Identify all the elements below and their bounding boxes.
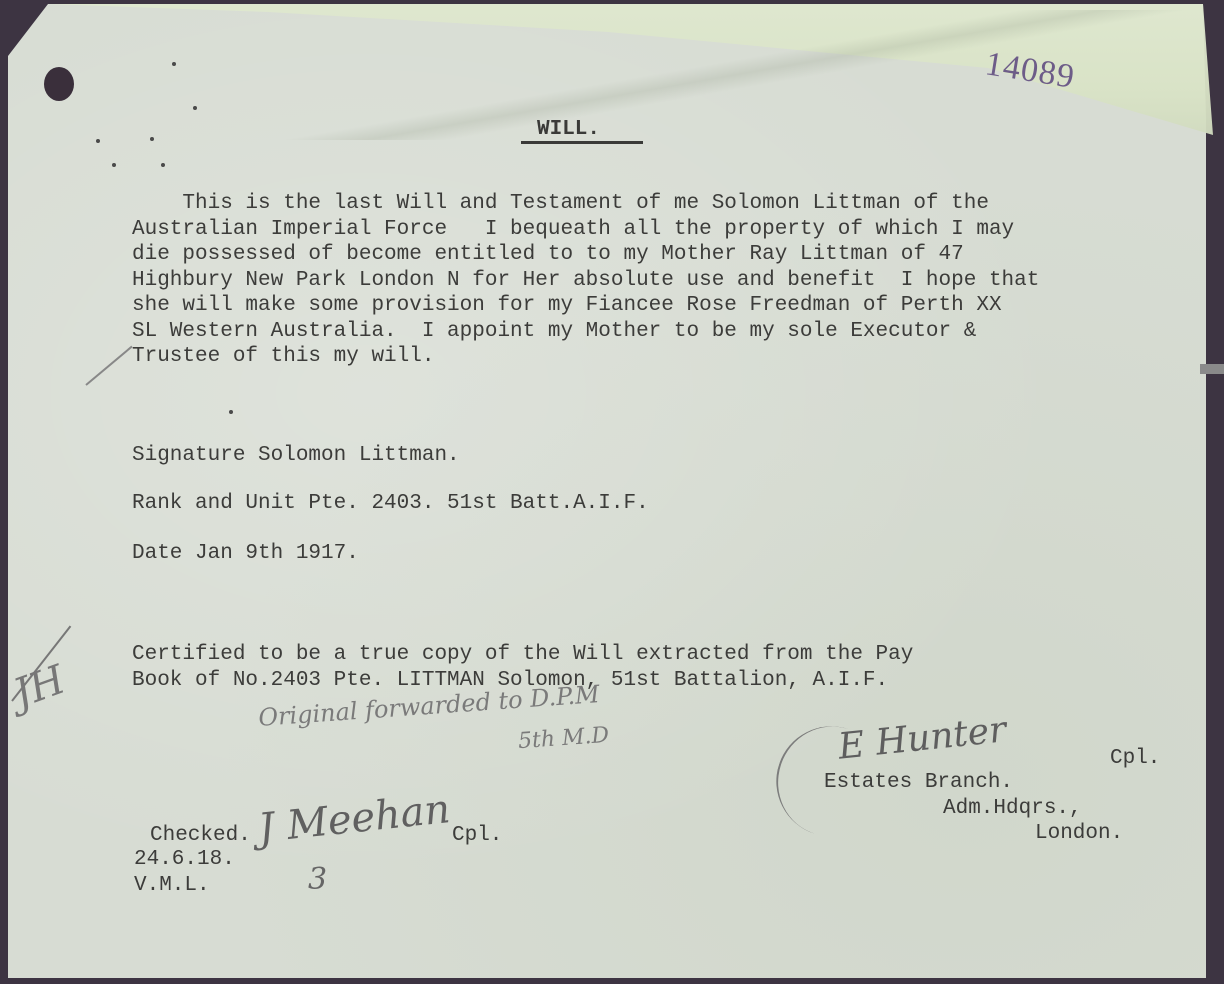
checked-date: 24.6.18. <box>134 847 235 873</box>
certification-line: Certified to be a true copy of the Will … <box>132 642 913 668</box>
body-line: Trustee of this my will. <box>132 344 1039 370</box>
body-line: SL Western Australia. I appoint my Mothe… <box>132 319 1039 345</box>
title-underline <box>521 141 643 144</box>
office-line-london: London. <box>1035 821 1123 847</box>
certifier-rank: Cpl. <box>1110 746 1160 772</box>
speck <box>161 163 165 167</box>
office-line-hq: Adm.Hdqrs., <box>943 796 1082 822</box>
date-line: Date Jan 9th 1917. <box>132 541 359 567</box>
speck <box>112 163 116 167</box>
checker-rank: Cpl. <box>452 823 502 849</box>
speck <box>172 62 176 66</box>
speck <box>229 410 233 414</box>
body-line: Australian Imperial Force I bequeath all… <box>132 217 1039 243</box>
speck <box>193 106 197 110</box>
checked-initials: V.M.L. <box>134 873 210 899</box>
signature-line: Signature Solomon Littman. <box>132 443 460 469</box>
page-edge-tab <box>1200 364 1224 374</box>
will-body: This is the last Will and Testament of m… <box>132 191 1039 370</box>
checked-label: Checked. <box>150 823 251 849</box>
body-line: she will make some provision for my Fian… <box>132 293 1039 319</box>
punch-hole <box>44 67 74 101</box>
checker-signature-flourish: 3 <box>308 862 327 897</box>
speck <box>96 139 100 143</box>
body-line: This is the last Will and Testament of m… <box>132 191 1039 217</box>
body-line: die possessed of become entitled to to m… <box>132 242 1039 268</box>
rank-unit-line: Rank and Unit Pte. 2403. 51st Batt.A.I.F… <box>132 491 649 517</box>
body-line: Highbury New Park London N for Her absol… <box>132 268 1039 294</box>
office-line-estates: Estates Branch. <box>824 770 1013 796</box>
speck <box>150 137 154 141</box>
document-title: WILL. <box>537 118 600 141</box>
